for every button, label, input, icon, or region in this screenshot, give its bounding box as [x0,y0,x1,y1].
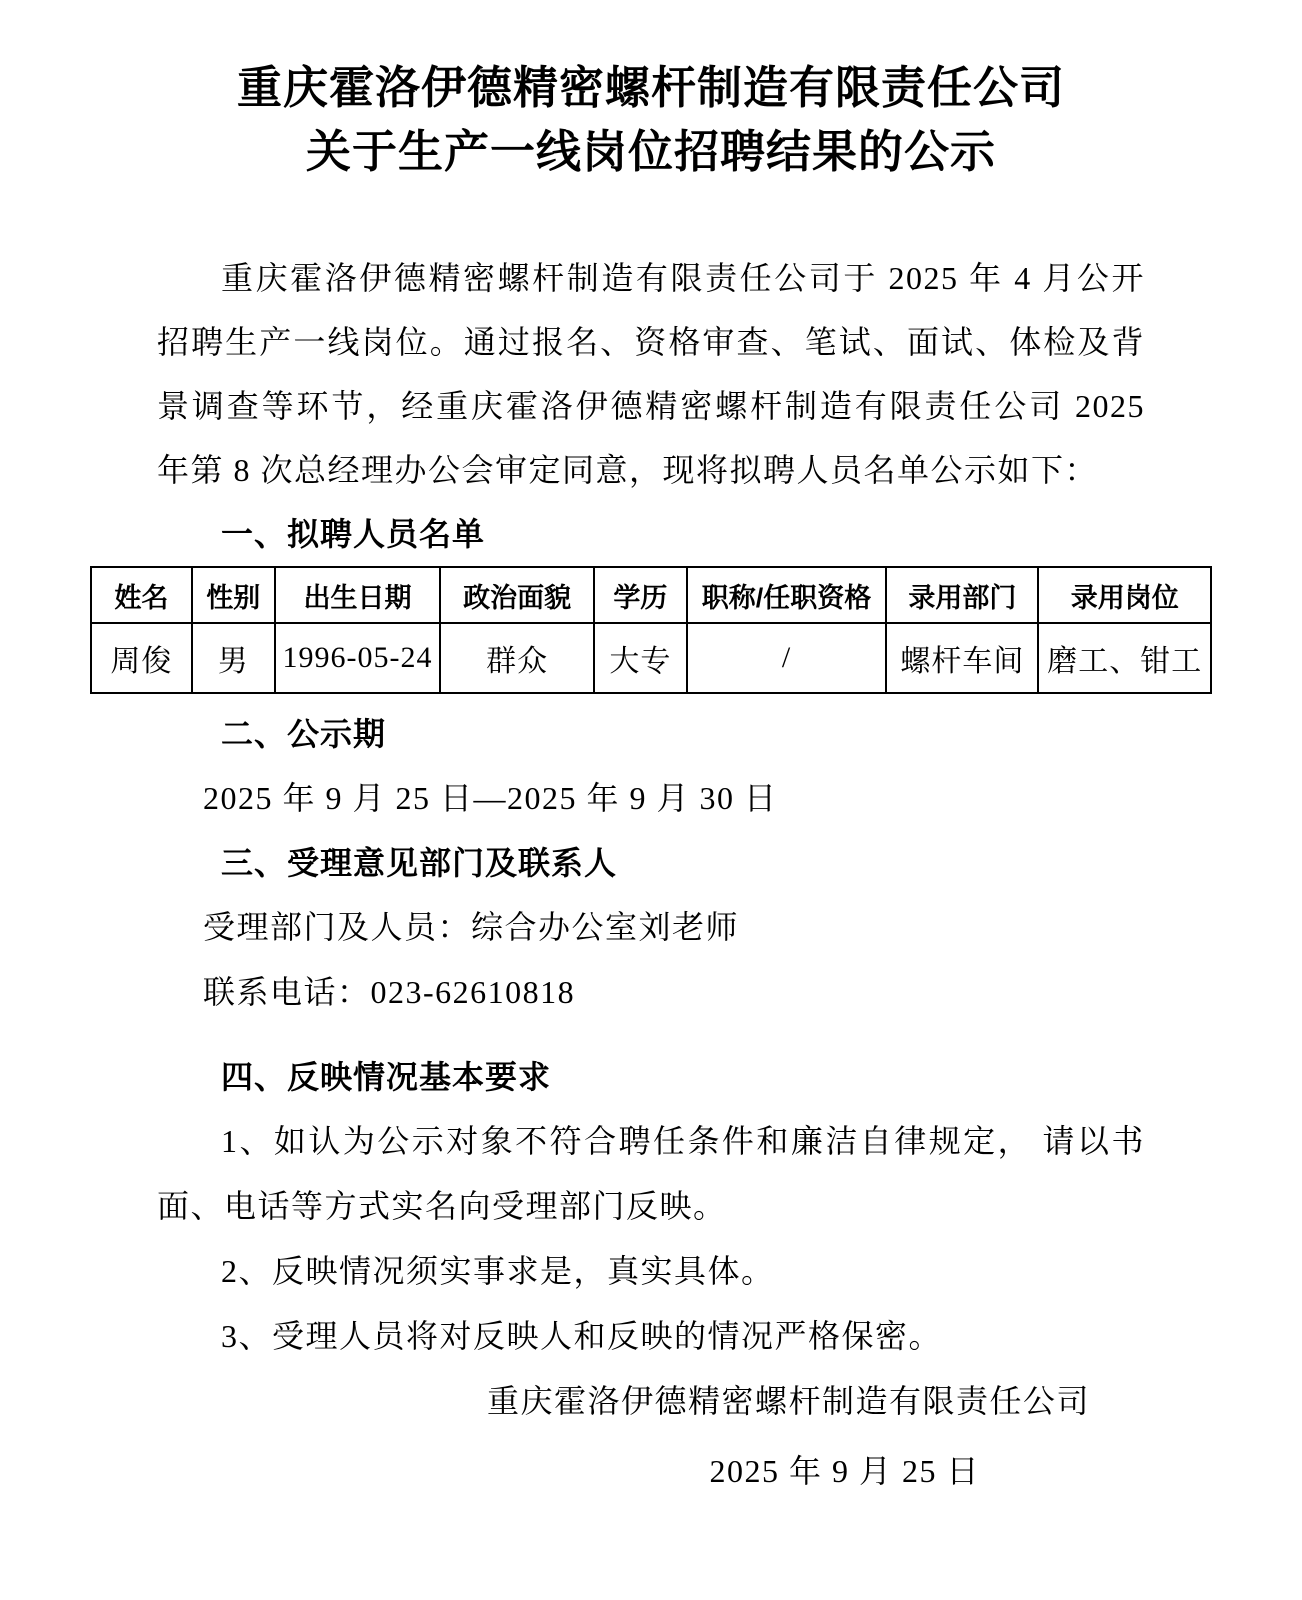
header-name: 姓名 [91,567,192,623]
section-two-heading: 二、公示期 [157,702,1145,766]
requirement-item-3: 3、受理人员将对反映人和反映的情况严格保密。 [157,1304,1145,1369]
document-title: 重庆霍洛伊德精密螺杆制造有限责任公司 关于生产一线岗位招聘结果的公示 [0,56,1302,184]
cell-hiring-position: 磨工、钳工 [1038,623,1211,693]
cell-title-qualification: / [687,623,886,693]
cell-birthdate: 1996-05-24 [275,623,441,693]
cell-name: 周俊 [91,623,192,693]
roster-data-row: 周俊 男 1996-05-24 群众 大专 / 螺杆车间 磨工、钳工 [91,623,1211,693]
contact-phone: 联系电话：023-62610818 [157,960,1145,1025]
document-title-line2: 关于生产一线岗位招聘结果的公示 [0,120,1302,184]
header-hiring-department: 录用部门 [886,567,1038,623]
roster-table-wrap: 姓名 性别 出生日期 政治面貌 学历 职称/任职资格 录用部门 录用岗位 周俊 … [90,566,1212,694]
header-gender: 性别 [192,567,275,623]
signature-company: 重庆霍洛伊德精密螺杆制造有限责任公司 [157,1369,1145,1434]
cell-education: 大专 [594,623,687,693]
header-birthdate: 出生日期 [275,567,441,623]
header-education: 学历 [594,567,687,623]
roster-table: 姓名 性别 出生日期 政治面貌 学历 职称/任职资格 录用部门 录用岗位 周俊 … [90,566,1212,694]
section-four-heading: 四、反映情况基本要求 [157,1045,1145,1109]
contact-department: 受理部门及人员：综合办公室刘老师 [157,895,1145,960]
document-body: 重庆霍洛伊德精密螺杆制造有限责任公司于 2025 年 4 月公开招聘生产一线岗位… [157,246,1145,566]
intro-paragraph: 重庆霍洛伊德精密螺杆制造有限责任公司于 2025 年 4 月公开招聘生产一线岗位… [157,246,1145,502]
header-title-qualification: 职称/任职资格 [687,567,886,623]
requirement-item-1: 1、如认为公示对象不符合聘任条件和廉洁自律规定， 请以书面、电话等方式实名向受理… [157,1109,1145,1239]
requirement-item-2: 2、反映情况须实事求是，真实具体。 [157,1239,1145,1304]
roster-header-row: 姓名 性别 出生日期 政治面貌 学历 职称/任职资格 录用部门 录用岗位 [91,567,1211,623]
document-title-line1: 重庆霍洛伊德精密螺杆制造有限责任公司 [0,56,1302,120]
cell-political-status: 群众 [440,623,593,693]
publicity-period: 2025 年 9 月 25 日—2025 年 9 月 30 日 [157,766,1145,831]
section-three-heading: 三、受理意见部门及联系人 [157,831,1145,895]
section-one-heading: 一、拟聘人员名单 [157,502,1145,566]
document-body-lower: 二、公示期 2025 年 9 月 25 日—2025 年 9 月 30 日 三、… [157,702,1145,1504]
document-page: 重庆霍洛伊德精密螺杆制造有限责任公司 关于生产一线岗位招聘结果的公示 重庆霍洛伊… [0,0,1302,1600]
cell-gender: 男 [192,623,275,693]
signature-date: 2025 年 9 月 25 日 [157,1439,1145,1504]
header-hiring-position: 录用岗位 [1038,567,1211,623]
header-political-status: 政治面貌 [440,567,593,623]
cell-hiring-department: 螺杆车间 [886,623,1038,693]
